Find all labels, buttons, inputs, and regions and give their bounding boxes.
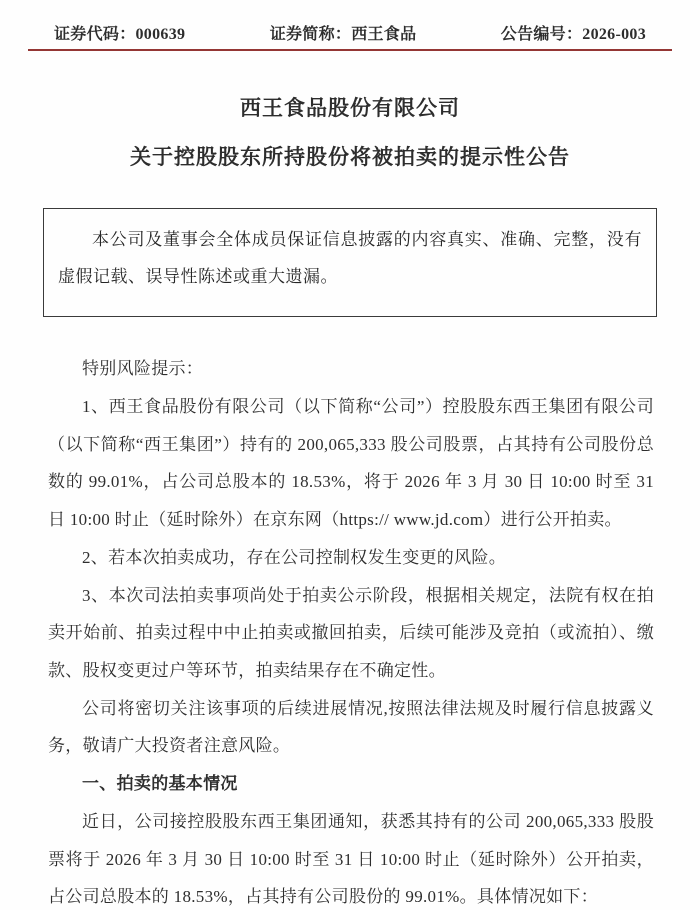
announcement-document: 证券代码：000639 证券简称：西王食品 公告编号：2026-003 西王食品… xyxy=(0,0,700,910)
stock-code: 证券代码：000639 xyxy=(54,21,185,44)
risk-item-2: 2、若本次拍卖成功，存在公司控制权发生变更的风险。 xyxy=(48,539,654,577)
announcement-title: 关于控股股东所持股份将被拍卖的提示性公告 xyxy=(0,141,700,171)
disclaimer-box: 本公司及董事会全体成员保证信息披露的内容真实、准确、完整，没有虚假记载、误导性陈… xyxy=(43,208,657,317)
followup-paragraph: 公司将密切关注该事项的后续进展情况,按照法律法规及时履行信息披露义务，敬请广大投… xyxy=(48,690,654,765)
risk-item-3: 3、本次司法拍卖事项尚处于拍卖公示阶段，根据相关规定，法院有权在拍卖开始前、拍卖… xyxy=(48,577,654,690)
securities-header: 证券代码：000639 证券简称：西王食品 公告编号：2026-003 xyxy=(0,0,700,44)
section1-paragraph: 近日，公司接控股股东西王集团通知，获悉其持有的公司 200,065,333 股股… xyxy=(48,803,654,910)
risk-item-1: 1、西王食品股份有限公司（以下简称“公司”）控股股东西王集团有限公司（以下简称“… xyxy=(48,388,654,539)
risk-heading: 特别风险提示： xyxy=(48,350,654,388)
header-divider-line xyxy=(28,49,672,51)
disclaimer-text: 本公司及董事会全体成员保证信息披露的内容真实、准确、完整，没有虚假记载、误导性陈… xyxy=(58,230,642,286)
section1-heading: 一、拍卖的基本情况 xyxy=(48,765,654,803)
document-body: 特别风险提示： 1、西王食品股份有限公司（以下简称“公司”）控股股东西王集团有限… xyxy=(0,317,700,910)
stock-short-name: 证券简称：西王食品 xyxy=(270,21,417,44)
company-name-title: 西王食品股份有限公司 xyxy=(0,92,700,122)
announcement-number: 公告编号：2026-003 xyxy=(501,21,646,44)
